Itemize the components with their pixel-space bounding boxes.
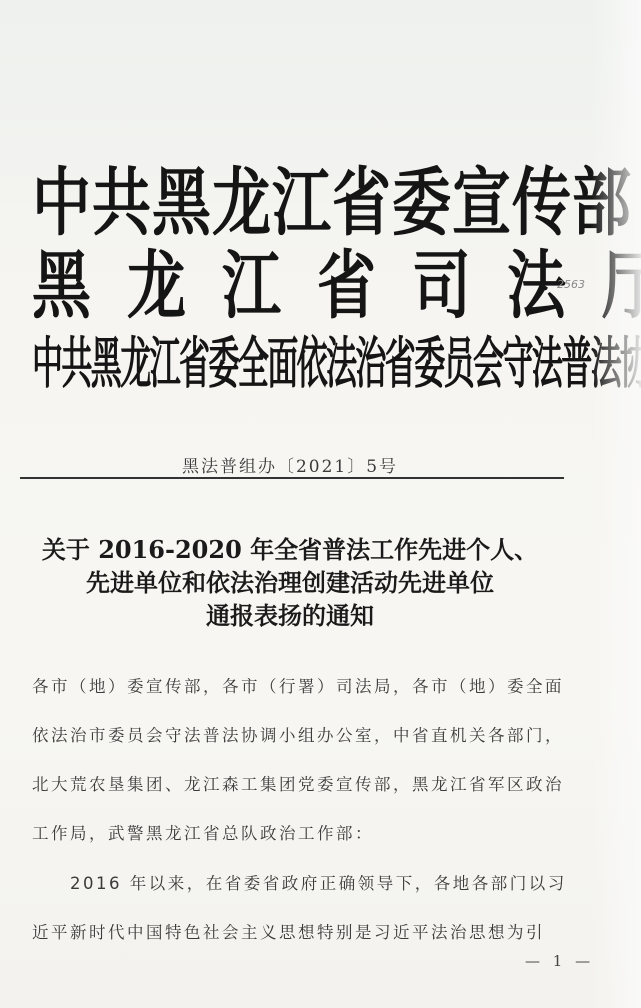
notice-title-line-1: 关于 2016-2020 年全省普法工作先进个人、 [0, 530, 580, 565]
issuer-justice-department: 黑龙江省司法厅 [32, 226, 641, 332]
body-line: 近平新时代中国特色社会主义思想特别是习近平法治思想为引 [32, 919, 562, 943]
document-page: 中共黑龙江省委宣传部 黑龙江省司法厅 中共黑龙江省委全面依法治省委员会守法普法协… [0, 0, 641, 1008]
notice-title-line-3: 通报表扬的通知 [0, 596, 580, 631]
body-line: 北大荒农垦集团、龙江森工集团党委宣传部，黑龙江省军区政治 [32, 771, 562, 795]
body-line: 依法治市委员会守法普法协调小组办公室，中省直机关各部门， [32, 722, 562, 746]
body-line: 各市（地）委宣传部，各市（行署）司法局，各市（地）委全面 [32, 673, 562, 697]
issuer-law-popularization-office: 中共黑龙江省委全面依法治省委员会守法普法协调小组办公室 [32, 318, 641, 399]
red-header-divider [20, 477, 564, 479]
handwritten-annotation: 2563 [557, 278, 585, 291]
page-number: — 1 — [525, 952, 594, 970]
notice-title-line-2: 先进单位和依法治理创建活动先进单位 [0, 563, 580, 598]
body-line: 工作局，武警黑龙江省总队政治工作部： [32, 820, 562, 844]
body-line: 2016 年以来，在省委省政府正确领导下，各地各部门以习 [32, 870, 562, 894]
document-number: 黑法普组办〔2021〕5号 [0, 452, 580, 477]
